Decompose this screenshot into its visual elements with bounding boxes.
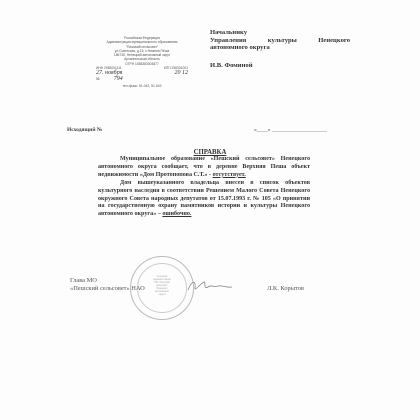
seal-text: Сельская администрация МО "Пешский сельс… xyxy=(149,275,175,296)
seal-line: Сельская xyxy=(149,275,175,278)
outgoing-number-label: Исходящий № xyxy=(67,127,102,133)
emphasis-erroneous: ошибочно. xyxy=(162,211,191,217)
signature-position: Глава МО «Пешский сельсовет» НАО xyxy=(70,277,145,293)
document-title: СПРАВКА xyxy=(0,149,420,156)
position-line: Глава МО xyxy=(70,277,145,285)
letterhead-stamp: Российская Федерация Администрация муниц… xyxy=(96,36,188,89)
addressee-block: Начальнику Управления культуры Ненецкого… xyxy=(210,29,350,69)
handwritten-number: № 794 xyxy=(96,76,188,82)
addressee-name: И.В. Фоминой xyxy=(210,62,350,70)
seal-line: Ненецкого xyxy=(149,287,175,290)
position-line: «Пешский сельсовет» НАО xyxy=(70,285,145,293)
letterhead-phone: тел./факс: 51-042, 51-043 xyxy=(96,84,188,88)
number-value: 794 xyxy=(114,76,123,82)
handwritten-signature-icon xyxy=(186,278,234,294)
addressee-line: автономного округа xyxy=(210,44,350,52)
document-page: Российская Федерация Администрация муниц… xyxy=(0,0,420,420)
addressee-line: Начальнику xyxy=(210,29,350,37)
addressee-word: Ненецкого xyxy=(318,37,350,45)
paragraph-1: Муниципальное образование «Пешский сельс… xyxy=(98,156,310,180)
seal-line: сельсовет" xyxy=(149,284,175,287)
paragraph-2: Дом вышеуказанного владельца внесен в сп… xyxy=(98,180,310,220)
signer-name: Л.К. Корытов xyxy=(267,285,304,292)
seal-line: округа xyxy=(149,293,175,296)
addressee-word: Управления xyxy=(210,37,246,45)
paragraph-text: Муниципальное образование «Пешский сельс… xyxy=(98,156,310,178)
number-prefix: № xyxy=(96,76,100,82)
emphasis-absent: отсутствует. xyxy=(213,172,246,178)
seal-line: администрация xyxy=(149,278,175,281)
outgoing-date-field: «____» ____________________ xyxy=(254,127,327,133)
letterhead-line: Администрация муниципального образования xyxy=(96,40,188,44)
paragraph-text: Дом вышеуказанного владельца внесен в сп… xyxy=(98,180,310,218)
addressee-line: Управления культуры Ненецкого xyxy=(210,37,350,45)
handwritten-year: 20 12 xyxy=(175,70,189,76)
document-body: Муниципальное образование «Пешский сельс… xyxy=(98,156,310,219)
addressee-word: культуры xyxy=(268,37,297,45)
seal-line: автономного xyxy=(149,290,175,293)
seal-line: МО "Пешский xyxy=(149,281,175,284)
